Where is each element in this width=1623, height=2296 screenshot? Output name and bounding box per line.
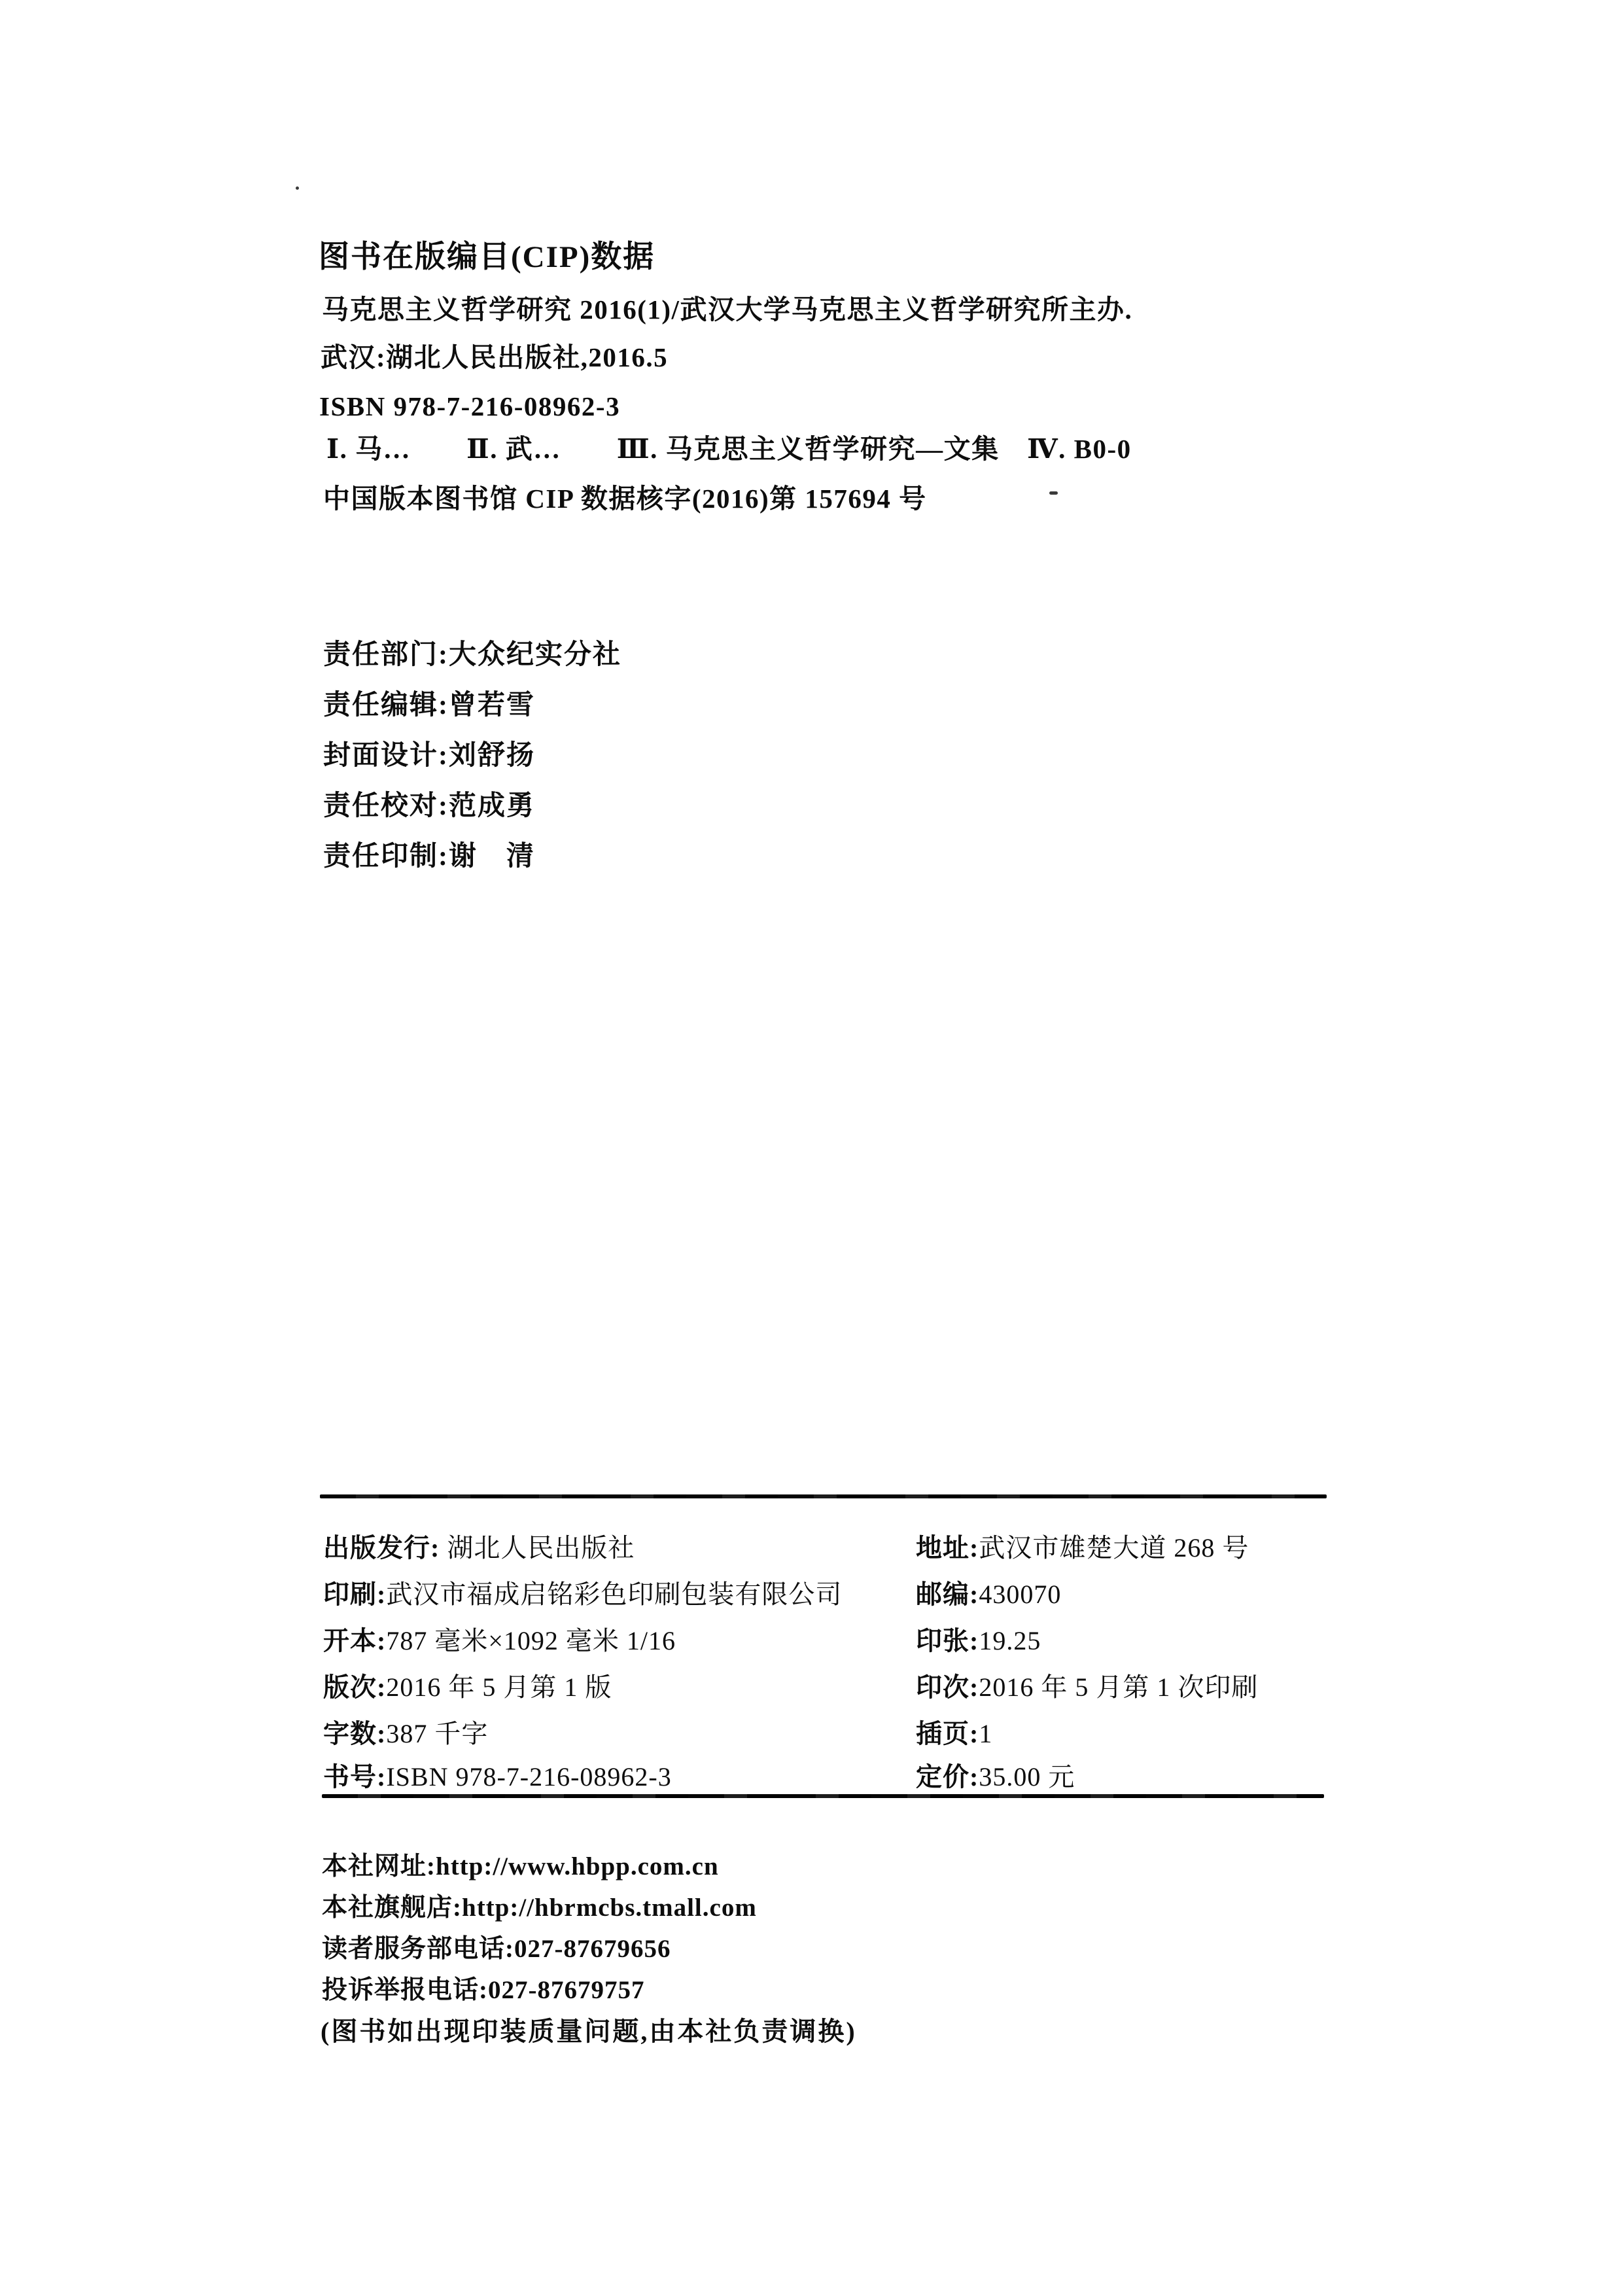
staff-row-proofreader: 责任校对:范成勇 — [323, 792, 535, 820]
colophon-value: 2016 年 5 月第 1 版 — [386, 1672, 612, 1702]
colophon-row-address: 地址:武汉市雄楚大道 268 号 — [916, 1535, 1249, 1561]
colophon-value: 787 毫米×1092 毫米 1/16 — [386, 1626, 676, 1655]
colophon-label: 定价: — [916, 1762, 979, 1792]
colophon-label: 插页: — [916, 1719, 979, 1748]
colophon-row-postcode: 邮编:430070 — [916, 1581, 1061, 1608]
colophon-label: 印张: — [916, 1626, 979, 1655]
colophon-row-format: 开本:787 毫米×1092 毫米 1/16 — [323, 1628, 676, 1654]
colophon-value: 35.00 元 — [979, 1762, 1075, 1792]
staff-label: 责任编辑: — [323, 690, 449, 720]
colophon-value: 19.25 — [979, 1626, 1041, 1655]
staff-row-cover-design: 封面设计:刘舒扬 — [323, 742, 535, 769]
staff-value: 曾若雪 — [449, 690, 535, 720]
colophon-value: 430070 — [979, 1580, 1061, 1609]
staff-row-print-supervisor: 责任印制:谢 清 — [323, 843, 535, 870]
colophon-value: 387 千字 — [386, 1719, 488, 1748]
colophon-row-inserts: 插页:1 — [916, 1721, 992, 1747]
colophon-value: 湖北人民出版社 — [447, 1533, 635, 1563]
colophon-label: 书号: — [323, 1762, 386, 1792]
colophon-label: 字数: — [323, 1719, 386, 1748]
colophon-value: 1 — [979, 1719, 992, 1748]
colophon-row-sheets: 印张:19.25 — [916, 1628, 1041, 1654]
contact-label: 本社旗舰店: — [322, 1894, 462, 1922]
scan-speck — [296, 186, 299, 190]
colophon-label: 出版发行: — [323, 1533, 447, 1563]
colophon-label: 邮编: — [916, 1580, 979, 1609]
cip-record-line: 马克思主义哲学研究 2016(1)/武汉大学马克思主义哲学研究所主办. — [322, 296, 1132, 323]
colophon-label: 开本: — [323, 1626, 386, 1655]
contact-row-reader-service-phone: 读者服务部电话:027-87679656 — [322, 1936, 671, 1962]
colophon-row-printer: 印刷:武汉市福成启铭彩色印刷包装有限公司 — [323, 1581, 842, 1608]
contact-value: http://hbrmcbs.tmall.com — [462, 1894, 757, 1922]
contact-value: 027-87679757 — [488, 1976, 645, 2004]
contact-label: 投诉举报电话: — [322, 1976, 488, 2004]
contact-value: http://www.hbpp.com.cn — [436, 1852, 719, 1881]
colophon-value: 武汉市福成启铭彩色印刷包装有限公司 — [386, 1580, 842, 1609]
contact-value: 027-87679656 — [514, 1935, 671, 1963]
cip-publisher-line: 武汉:湖北人民出版社,2016.5 — [321, 344, 668, 371]
staff-row-editor: 责任编辑:曾若雪 — [323, 692, 535, 719]
scan-speck — [1049, 491, 1058, 495]
colophon-row-booknumber: 书号:ISBN 978-7-216-08962-3 — [323, 1764, 672, 1790]
cip-registry-line: 中国版本图书馆 CIP 数据核字(2016)第 157694 号 — [323, 486, 927, 512]
colophon-label: 印刷: — [323, 1580, 386, 1609]
colophon-value: 2016 年 5 月第 1 次印刷 — [979, 1672, 1258, 1702]
staff-value: 谢 清 — [449, 841, 535, 872]
divider-rule-top — [320, 1494, 1327, 1498]
cip-classification-line: Ⅰ. 马… Ⅱ. 武… Ⅲ. 马克思主义哲学研究—文集 Ⅳ. B0-0 — [326, 436, 1132, 463]
colophon-row-impression: 印次:2016 年 5 月第 1 次印刷 — [916, 1674, 1258, 1701]
colophon-row-wordcount: 字数:387 千字 — [323, 1721, 488, 1747]
colophon-label: 版次: — [323, 1672, 386, 1702]
colophon-label: 印次: — [916, 1672, 979, 1702]
colophon-row-price: 定价:35.00 元 — [916, 1764, 1075, 1790]
colophon-value: ISBN 978-7-216-08962-3 — [386, 1762, 671, 1792]
contact-label: 读者服务部电话: — [322, 1935, 514, 1963]
staff-value: 范成勇 — [449, 791, 535, 821]
colophon-value: 武汉市雄楚大道 268 号 — [979, 1533, 1249, 1563]
staff-value: 刘舒扬 — [449, 741, 535, 771]
staff-value: 大众纪实分社 — [449, 640, 621, 670]
scanned-colophon-page: { "page": { "background_color": "#ffffff… — [0, 0, 1623, 2296]
staff-label: 封面设计: — [323, 741, 449, 771]
contact-row-flagship-store: 本社旗舰店:http://hbrmcbs.tmall.com — [322, 1895, 757, 1920]
staff-row-department: 责任部门:大众纪实分社 — [323, 641, 621, 669]
contact-row-website: 本社网址:http://www.hbpp.com.cn — [322, 1854, 719, 1879]
staff-label: 责任部门: — [323, 640, 449, 670]
divider-rule-bottom — [322, 1794, 1324, 1798]
quality-note-line: (图书如出现印装质量问题,由本社负责调换) — [321, 2019, 857, 2045]
staff-label: 责任印制: — [323, 841, 449, 872]
colophon-label: 地址: — [916, 1533, 979, 1563]
contact-row-complaint-phone: 投诉举报电话:027-87679757 — [322, 1977, 645, 2003]
cip-heading: 图书在版编目(CIP)数据 — [319, 242, 655, 273]
contact-label: 本社网址: — [322, 1852, 436, 1881]
colophon-row-edition: 版次:2016 年 5 月第 1 版 — [323, 1674, 612, 1701]
colophon-row-publisher: 出版发行: 湖北人民出版社 — [323, 1535, 635, 1561]
cip-isbn-line: ISBN 978-7-216-08962-3 — [319, 393, 620, 420]
staff-label: 责任校对: — [323, 791, 449, 821]
